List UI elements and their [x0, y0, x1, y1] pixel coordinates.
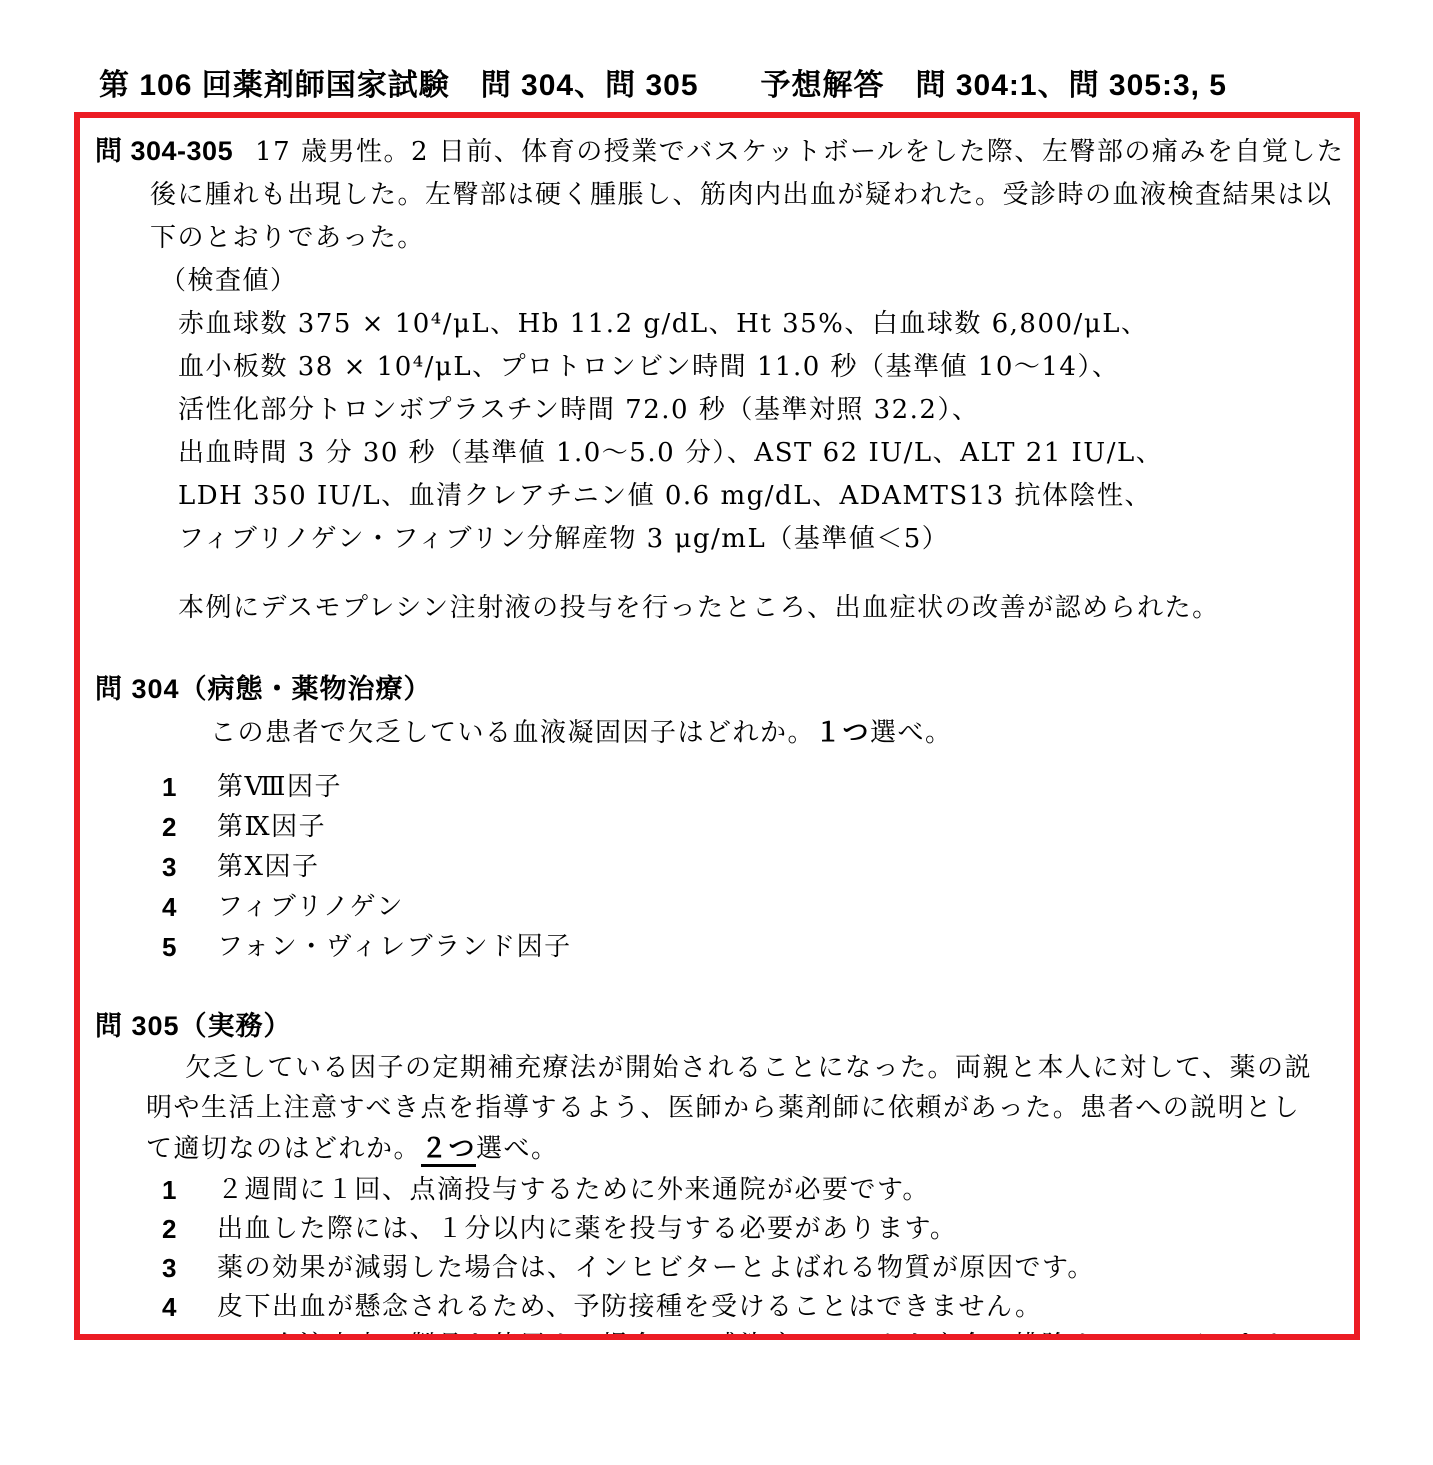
case-intro-line: 問 304-30517 歳男性。2 日前、体育の授業でバスケットボールをした際、… [80, 130, 1354, 174]
q304-heading: 問 304（病態・薬物治療） [80, 668, 1354, 711]
q304-option-2: 2 第Ⅸ因子 [80, 807, 1354, 847]
q305-lead-tail: 選べ。 [476, 1134, 559, 1164]
option-text: 第Ⅷ因子 [217, 767, 342, 807]
q304-lead-text: この患者で欠乏している血液凝固因子はどれか。 [210, 718, 815, 748]
q305-heading: 問 305（実務） [80, 1005, 1354, 1048]
option-number: 3 [80, 1249, 217, 1288]
question-frame: 問 304-30517 歳男性。2 日前、体育の授業でバスケットボールをした際、… [74, 112, 1360, 1340]
option-text: 出血した際には、１分以内に薬を投与する必要があります。 [217, 1210, 957, 1249]
option-number: 3 [80, 847, 217, 887]
option-number: 1 [80, 1171, 217, 1210]
option-number: 2 [80, 807, 217, 847]
page-title: 第 106 回薬剤師国家試験 問 304、問 305 予想解答 問 304:1、… [99, 60, 1227, 104]
option-number: 5 [80, 1327, 217, 1340]
q304-select-count: １つ [815, 717, 870, 747]
q305-option-1: 1 ２週間に１回、点滴投与するために外来通院が必要です。 [80, 1171, 1354, 1210]
case-label: 問 304-305 [95, 136, 233, 166]
case-intro-text: 17 歳男性。2 日前、体育の授業でバスケットボールをした際、左臀部の痛みを自覚… [255, 137, 1344, 167]
option-text: ２週間に１回、点滴投与するために外来通院が必要です。 [217, 1171, 930, 1210]
q305-option-4: 4 皮下出血が懸念されるため、予防接種を受けることはできません。 [80, 1288, 1354, 1327]
q305-option-5: 5 ヒト血液由来の製品を使用する場合は、感染症のリスクを完全に排除することができ… [80, 1327, 1354, 1340]
option-number: 1 [80, 767, 217, 807]
option-number: 4 [80, 1288, 217, 1327]
option-text: フォン・ヴィレブランド因子 [217, 927, 572, 967]
q305-lead-text: て適切なのはどれか。 [146, 1134, 421, 1164]
option-text: 第Ⅹ因子 [217, 847, 320, 887]
lab-value-line: LDH 350 IU/L、血清クレアチニン値 0.6 mg/dL、ADAMTS1… [80, 475, 1354, 518]
case-line: 後に腫れも出現した。左臀部は硬く腫脹し、筋肉内出血が疑われた。受診時の血液検査結… [80, 174, 1354, 217]
lab-value-line: 赤血球数 375 × 10⁴/μL、Hb 11.2 g/dL、Ht 35%、白血… [80, 303, 1354, 346]
q304-option-1: 1 第Ⅷ因子 [80, 767, 1354, 807]
case-line: 下のとおりであった。 [80, 217, 1354, 260]
lab-values-header: （検査値） [80, 260, 1354, 303]
option-number: 5 [80, 927, 217, 967]
lab-value-line: フィブリノゲン・フィブリン分解産物 3 μg/mL（基準値＜5） [80, 518, 1354, 561]
q305-select-count: ２つ [421, 1133, 476, 1167]
q305-lead-line: て適切なのはどれか。２つ選べ。 [80, 1128, 1354, 1169]
option-text: 薬の効果が減弱した場合は、インヒビターとよばれる物質が原因です。 [217, 1249, 1095, 1288]
option-number: 4 [80, 887, 217, 927]
q304-option-4: 4 フィブリノゲン [80, 887, 1354, 927]
q305-lead-line: 欠乏している因子の定期補充療法が開始されることになった。両親と本人に対して、薬の… [80, 1048, 1354, 1088]
lab-value-line: 出血時間 3 分 30 秒（基準値 1.0～5.0 分）、AST 62 IU/L… [80, 432, 1354, 475]
option-text: 皮下出血が懸念されるため、予防接種を受けることはできません。 [217, 1288, 1043, 1327]
option-number: 2 [80, 1210, 217, 1249]
q305-options: 1 ２週間に１回、点滴投与するために外来通院が必要です。 2 出血した際には、１… [80, 1171, 1354, 1340]
lab-value-line: 活性化部分トロンボプラスチン時間 72.0 秒（基準対照 32.2）、 [80, 389, 1354, 432]
q304-option-5: 5 フォン・ヴィレブランド因子 [80, 927, 1354, 967]
q305-option-2: 2 出血した際には、１分以内に薬を投与する必要があります。 [80, 1210, 1354, 1249]
q305-option-3: 3 薬の効果が減弱した場合は、インヒビターとよばれる物質が原因です。 [80, 1249, 1354, 1288]
q304-lead: この患者で欠乏している血液凝固因子はどれか。１つ選べ。 [80, 711, 1354, 755]
lab-value-line: 血小板数 38 × 10⁴/μL、プロトロンビン時間 11.0 秒（基準値 10… [80, 346, 1354, 389]
q304-lead-tail: 選べ。 [870, 718, 953, 748]
q304-option-3: 3 第Ⅹ因子 [80, 847, 1354, 887]
treatment-note: 本例にデスモプレシン注射液の投与を行ったところ、出血症状の改善が認められた。 [80, 587, 1354, 630]
option-text: フィブリノゲン [217, 887, 404, 927]
q304-options: 1 第Ⅷ因子 2 第Ⅸ因子 3 第Ⅹ因子 4 フィブリノゲン 5 フォン・ヴィレ… [80, 767, 1354, 967]
option-text: ヒト血液由来の製品を使用する場合は、感染症のリスクを完全に排除することができませ… [217, 1327, 1360, 1340]
q305-lead-line: 明や生活上注意すべき点を指導するよう、医師から薬剤師に依頼があった。患者への説明… [80, 1088, 1354, 1128]
option-text: 第Ⅸ因子 [217, 807, 326, 847]
